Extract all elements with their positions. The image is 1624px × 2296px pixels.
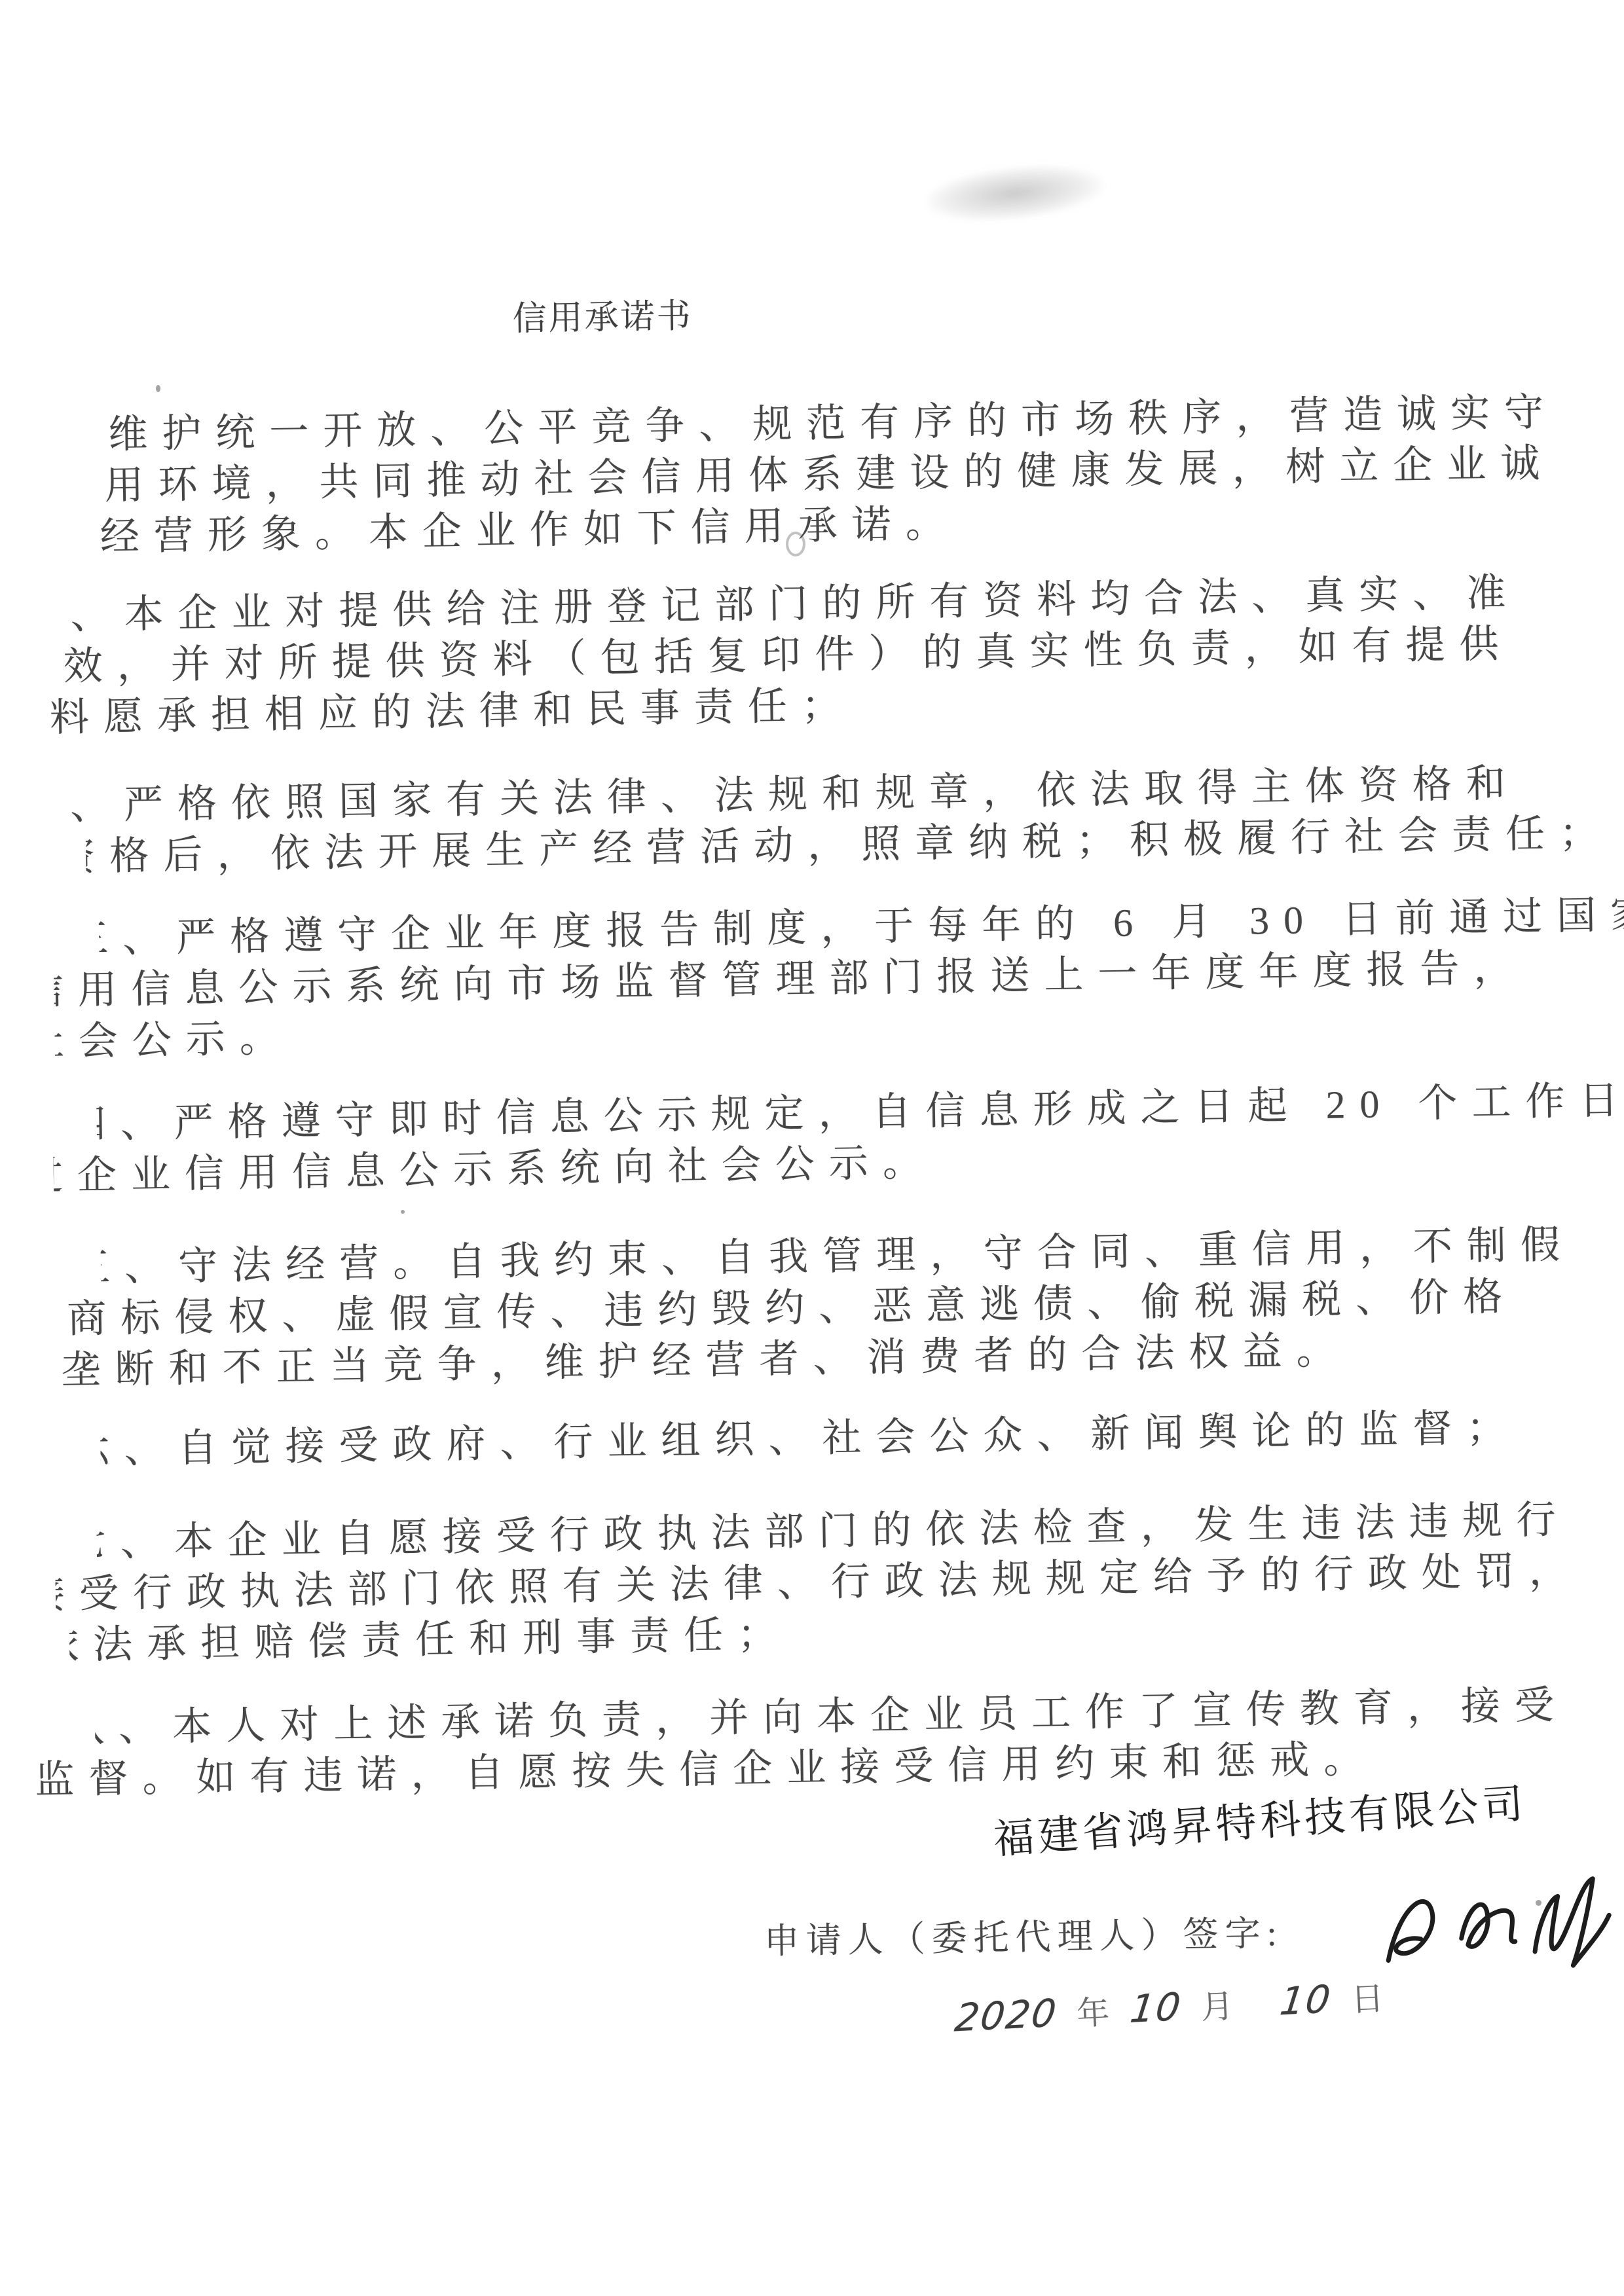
scanned-document-page: 信用承诺书 维护统一开放、公平竞争、规范有序的市场秩序，营造诚实守 用环境，共同… <box>0 0 1624 2296</box>
intro-line-3: 经营形象。本企业作如下信用承诺。 <box>100 501 959 560</box>
cropped-char-fragment: 五 <box>71 1245 125 1291</box>
document-title: 信用承诺书 <box>512 297 693 339</box>
cropped-char-fragment: 三 <box>69 917 123 962</box>
document-title-text: 信用承诺书 <box>512 298 693 338</box>
cropped-char-fragment: 依 <box>39 1623 94 1669</box>
cropped-char-fragment: 八 <box>65 1705 119 1751</box>
item-6-line-1: 六、自觉接受政府、行业组织、社会公众、新闻舆论的监督； <box>94 1405 1521 1472</box>
date-year-unit: 年 <box>1076 1994 1112 2033</box>
applicant-signature-handwriting <box>1369 1859 1619 1994</box>
item-4-line-2: 过企业信用信息公示系统向社会公示。 <box>48 1140 937 1199</box>
cropped-char-fragment: 四 <box>66 1102 120 1148</box>
date-day-unit: 日 <box>1350 1980 1386 2019</box>
date-day: 10 <box>1278 1977 1334 2024</box>
cropped-char-fragment: 六 <box>70 1427 124 1473</box>
cropped-char-fragment: 资 <box>56 834 110 880</box>
item-1-line-3: 料愿承担相应的法律和民事责任； <box>74 683 856 740</box>
signature-label: 申请人（委托代理人）签字: <box>764 1913 1283 1962</box>
cropped-char-fragment: 社 <box>24 1019 79 1065</box>
cropped-char-fragment: 七 <box>66 1520 120 1566</box>
date-month-unit: 月 <box>1200 1988 1236 2027</box>
company-name-handwritten: 福建省鸿昇特科技有限公司 <box>992 1780 1528 1863</box>
item-4-line-1: 四、严格遵守即时信息公示规定，自信息形成之日起 20 个工作日 <box>90 1078 1624 1147</box>
cropped-char-fragment: 接 <box>25 1572 79 1618</box>
item-3-line-3: 社会公示。 <box>48 1016 293 1065</box>
item-7-line-3: 依法承担赔偿责任和刑事责任； <box>64 1612 792 1668</box>
cropped-char-fragment: 过 <box>23 1154 77 1199</box>
date-year: 2020 <box>953 1991 1060 2040</box>
document-content: 信用承诺书 维护统一开放、公平竞争、规范有序的市场秩序，营造诚实守 用环境，共同… <box>0 0 1624 2296</box>
date-month: 10 <box>1128 1985 1184 2032</box>
date-line: 2020 年 10 月 10 日 <box>954 1975 1386 2040</box>
cropped-char-fragment: 信 <box>24 968 78 1014</box>
